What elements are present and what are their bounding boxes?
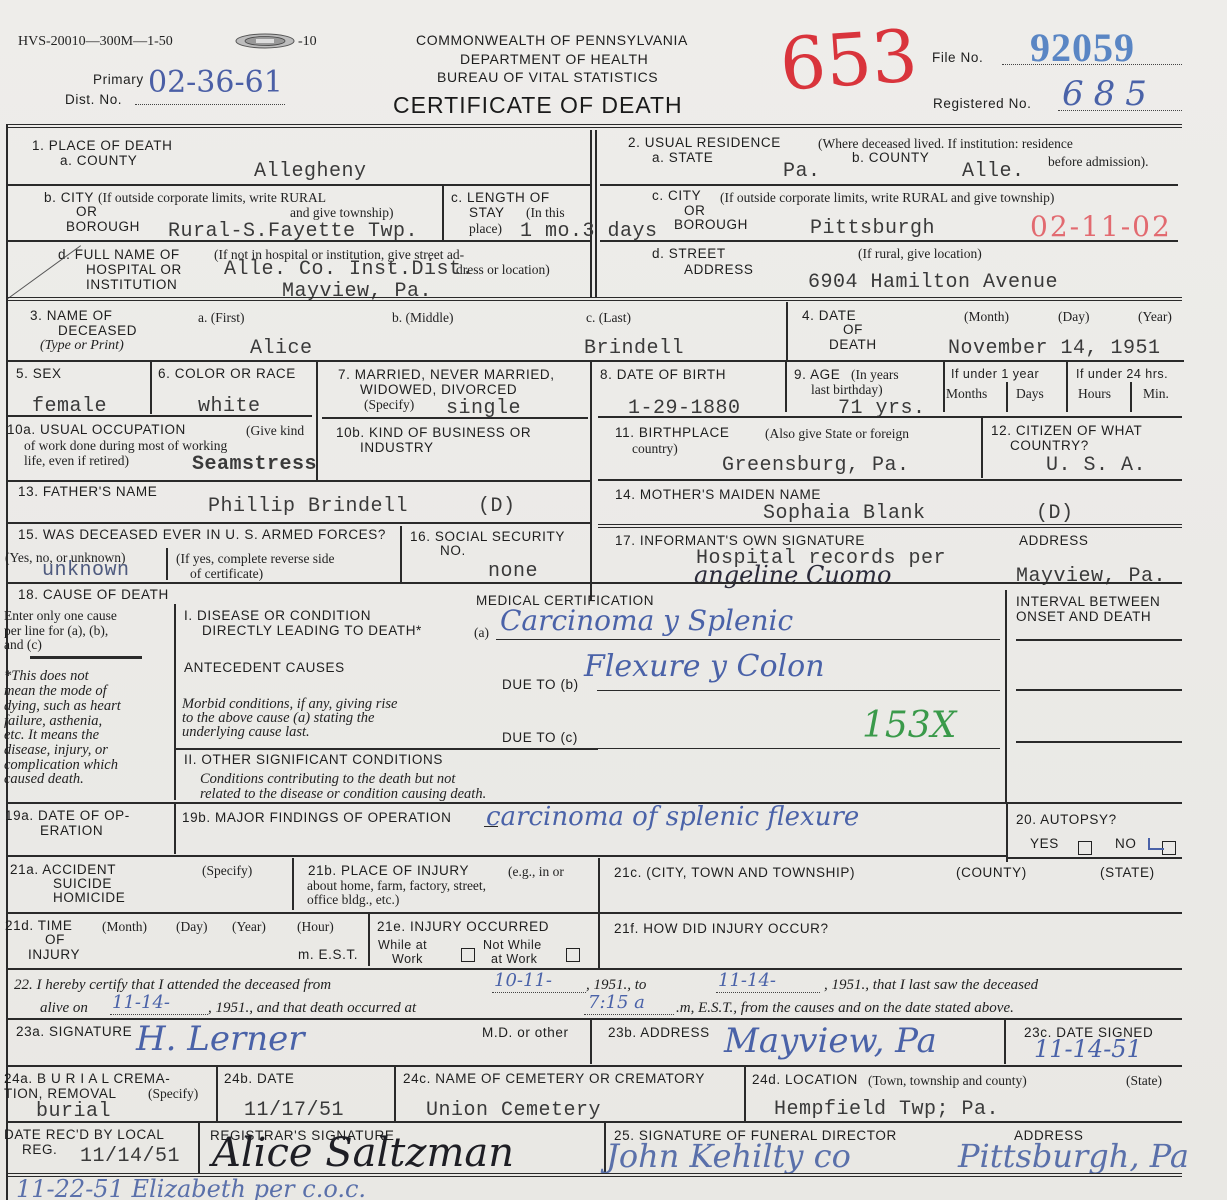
morbid-3: underlying cause last. [182,724,310,740]
res-state-value: Pa. [783,161,821,183]
accident-label-3: HOMICIDE [53,890,125,905]
rule [6,1065,1182,1067]
under1-label: If under 1 year [951,367,1039,381]
line-a-label: (a) [474,625,489,640]
birthplace-label-1: 11. BIRTHPLACE [615,425,729,440]
informant-label: 17. INFORMANT'S OWN SIGNATURE [615,533,865,548]
rule [1016,639,1182,641]
county-injury-label: (COUNTY) [956,865,1027,880]
header-divider [6,124,1182,128]
min-label: Min. [1143,386,1169,401]
time-hour-label: (Hour) [297,919,334,934]
stay-instr-1: (In this [526,205,565,220]
burial-method-label-2: TION, REMOVAL [4,1086,117,1101]
side-note-2: per line for (a), (b), [4,623,108,638]
burial-method-specify: (Specify) [148,1086,198,1101]
hospital-value-1: Alle. Co. Inst.Dist. [224,259,474,281]
mother-status: (D) [1036,503,1074,525]
burial-method-label-1: 24a. B U R I A L CREMA- [4,1071,170,1086]
res-city-or: OR [684,203,705,218]
rule [6,912,1182,914]
physician-address-label: 23b. ADDRESS [608,1025,710,1040]
rule [394,1067,396,1121]
rule [943,362,945,412]
age-label-3: last birthday) [811,382,883,397]
hospital-label-2: HOSPITAL OR [86,262,182,277]
rule [6,415,312,417]
rule [150,362,152,414]
cert-death-time: 7:15 a [588,990,645,1016]
other-label: II. OTHER SIGNIFICANT CONDITIONS [184,752,443,767]
residence-instr-1: (Where deceased lived. If institution: r… [818,136,1073,151]
rule [1006,804,1008,862]
rule [600,240,1178,242]
dod-label-3: DEATH [829,337,877,352]
primary-dist-line [135,104,285,105]
rule [6,1121,1182,1123]
rule [174,604,176,800]
burial-date-value: 11/17/51 [244,1100,344,1122]
at-work-label-1: While at [378,938,427,952]
hospital-label-3: INSTITUTION [86,277,177,292]
date-recd-value: 11/14/51 [80,1146,180,1168]
street-value: 6904 Hamilton Avenue [808,272,1058,294]
res-city-value: Pittsburgh [810,218,935,240]
occupation-value: Seamstress [192,454,317,476]
cause-a-value: Carcinoma y Splenic [500,608,793,634]
dod-label-2: OF [843,322,863,337]
last-name-value: Brindell [584,338,684,360]
file-no-label: File No. [932,50,983,65]
other-italic-1: Conditions contributing to the death but… [200,771,455,787]
cert-line2-b: , 1951., and that death occurred at [208,1000,416,1016]
rule [1006,382,1008,412]
op-date-label-2: ERATION [40,823,103,838]
res-city-instr: (If outside corporate limits, write RURA… [720,190,1054,205]
primary-dist-value: 02-36-61 [148,70,283,96]
autopsy-label: 20. AUTOPSY? [1016,812,1117,827]
stay-instr-2: place) [469,221,502,236]
rule [176,748,598,750]
cert-line1-a: 22. I hereby certify that I attended the… [14,977,331,993]
rule [1004,1020,1006,1064]
not-work-label-1: Not While [483,938,542,952]
op-date-label-1: 19a. DATE OF OP- [5,808,130,823]
time-injury-label-3: INJURY [28,947,80,962]
pod-county-label: a. COUNTY [60,153,137,168]
line-b-label: DUE TO (b) [502,677,579,692]
res-state-label: a. STATE [652,150,713,165]
physician-address: Mayview, Pa [724,1020,937,1062]
under24-label: If under 24 hrs. [1076,367,1168,381]
pod-city-borough: BOROUGH [66,219,140,234]
rule [322,417,588,419]
autopsy-yes-label: YES [1030,836,1059,851]
burial-method-value: burial [36,1101,111,1123]
side-italic-1: *This does not [4,668,89,684]
side-italic-2: mean the mode of [4,683,107,699]
informant-address-label: ADDRESS [1019,533,1088,548]
rule [30,656,142,659]
hours-label: Hours [1078,386,1111,401]
accident-label-1: 21a. ACCIDENT [10,862,116,877]
first-name-value: Alice [250,338,313,360]
bottom-note: 11-22-51 Elizabeth per c.o.c. [16,1176,366,1200]
residence-instr-2: before admission). [1048,154,1148,169]
line-c-label: DUE TO (c) [502,730,578,745]
street-instr: (If rural, give location) [858,246,982,261]
pod-city-label: b. CITY [44,190,94,205]
rule [442,186,444,240]
cert-line1-c: , 1951., that I last saw the deceased [824,977,1038,993]
time-suffix: m. E.S.T. [298,947,358,962]
autopsy-yes-checkbox[interactable] [1078,841,1092,855]
other-italic-2: related to the disease or condition caus… [200,786,486,802]
father-label: 13. FATHER'S NAME [18,484,157,499]
pod-city-instr-2: and give township) [290,205,394,220]
date-signed-value: 11-14-51 [1034,1036,1142,1062]
res-county-label: b. COUNTY [852,150,929,165]
rule [590,1020,592,1064]
first-name-label: a. (First) [198,310,245,325]
not-work-label-2: at Work [491,952,537,966]
rule [198,1123,200,1173]
rule [174,804,176,854]
rule [6,855,1006,857]
rule [400,526,402,582]
sex-label: 5. SEX [16,366,62,381]
business-label-1: 10b. KIND OF BUSINESS OR [336,425,531,440]
rule [6,480,590,482]
pod-county-value: Allegheny [254,161,367,183]
name-label-2: DECEASED [58,323,137,338]
rule [166,548,168,580]
citizen-label-1: 12. CITIZEN OF WHAT [991,423,1142,438]
rule [981,418,983,478]
location-state: (State) [1126,1073,1162,1088]
cert-last-seen: 11-14- [112,990,170,1016]
primary-dist-label-1: Primary [93,72,144,87]
race-label: 6. COLOR OR RACE [158,366,296,381]
rule [590,362,592,600]
antecedent-label: ANTECEDENT CAUSES [184,660,345,675]
father-value: Phillip Brindell [208,496,408,518]
marital-label-1: 7. MARRIED, NEVER MARRIED, [338,367,555,382]
findings-value: carcinoma of splenic flexure [486,804,859,830]
middle-name-label: b. (Middle) [392,310,454,325]
birthplace-label-3: country) [632,441,678,456]
cemetery-label: 24c. NAME OF CEMETERY OR CREMATORY [403,1071,705,1086]
rule [785,362,787,412]
dod-label-1: 4. DATE [802,308,856,323]
armed-instr-3: of certificate) [190,566,263,581]
interval-label-1: INTERVAL BETWEEN [1016,594,1160,609]
rule [598,524,1182,528]
location-value: Hempfield Twp; Pa. [774,1099,999,1121]
cert-line2-c: .m, E.S.T., from the causes and on the d… [676,1000,1014,1016]
accident-label-2: SUICIDE [53,876,112,891]
ssn-label-2: NO. [440,543,466,558]
mother-label: 14. MOTHER'S MAIDEN NAME [615,487,821,502]
rule [216,1067,218,1121]
funeral-director-signature: John Kehilty co [606,1136,851,1176]
mother-value: Sophaia Blank [763,503,926,525]
residence-label: 2. USUAL RESIDENCE [628,135,781,150]
place-injury-label-1: 21b. PLACE OF INJURY [308,863,469,878]
registered-no-label: Registered No. [933,96,1031,111]
red-annotation: 653 [777,15,920,104]
rule [597,748,1000,749]
street-label-2: ADDRESS [684,262,753,277]
not-work-checkbox[interactable] [566,948,580,962]
age-label-2: (In years [851,367,899,382]
agency-line-1: COMMONWEALTH OF PENNSYLVANIA [416,33,688,48]
at-work-label-2: Work [392,952,423,966]
city-injury-label: 21c. (CITY, TOWN AND TOWNSHIP) [614,865,855,880]
dod-month-label: (Month) [964,309,1009,324]
informant-signature: angeline Cuomo [694,562,891,588]
armed-value: unknown [42,560,130,582]
death-certificate: HVS-20010—300M—1-50 -10 COMMONWEALTH OF … [0,0,1227,1200]
rule [496,639,1000,640]
rule [6,184,590,186]
place-injury-label-4: office bldg., etc.) [307,892,399,907]
informant-address: Mayview, Pa. [1016,566,1166,588]
ssn-label-1: 16. SOCIAL SECURITY [410,529,565,544]
birthplace-value: Greensburg, Pa. [722,455,910,477]
occurred-label: 21e. INJURY OCCURRED [377,919,549,934]
red-code: 02-11-02 [1030,210,1172,243]
side-italic-3: dying, such as heart [4,698,121,714]
armed-instr-2: (If yes, complete reverse side [176,551,335,566]
location-label: 24d. LOCATION [752,1072,858,1087]
green-code: 153X [862,706,956,746]
form-code: HVS-20010—300M—1-50 [18,34,173,49]
physician-sig-label: 23a. SIGNATURE [16,1024,132,1039]
pencil-stroke [8,245,82,299]
street-label-1: d. STREET [652,246,726,261]
location-instr: (Town, township and county) [868,1073,1027,1088]
stay-label-1: c. LENGTH OF [451,190,550,205]
rule [368,914,370,966]
rule [1130,382,1132,412]
agency-line-2: DEPARTMENT OF HEALTH [460,52,648,67]
dod-value: November 14, 1951 [948,338,1161,360]
time-year-label: (Year) [232,919,266,934]
months-label: Months [946,386,987,401]
agency-line-3: BUREAU OF VITAL STATISTICS [437,70,658,85]
autopsy-no-checkmark-icon [1148,838,1164,850]
citizen-label-2: COUNTRY? [1010,438,1089,453]
rule [786,302,788,360]
marital-label-3: (Specify) [364,397,414,412]
rule [6,240,590,242]
autopsy-no-checkbox[interactable] [1162,841,1176,855]
age-label-1: 9. AGE [794,367,840,382]
rule [1066,362,1068,412]
rule [6,297,1182,301]
direct-label-2: DIRECTLY LEADING TO DEATH* [202,623,422,638]
date-recd-label-1: DATE REC'D BY LOCAL [4,1127,165,1142]
interval-label-2: ONSET AND DEATH [1016,609,1151,624]
how-injury-label: 21f. HOW DID INJURY OCCUR? [614,921,829,936]
rule [598,416,1182,418]
res-city-borough: BOROUGH [674,217,748,232]
ssn-value: none [488,561,538,583]
stay-label-2: STAY [469,205,505,220]
primary-dist-label-2: Dist. No. [65,92,122,107]
seal-icon [234,33,296,49]
name-label-1: 3. NAME OF [30,308,113,323]
occupation-label-4: life, even if retired) [24,453,129,468]
time-injury-label-2: OF [45,932,65,947]
rule [1016,741,1182,743]
cert-line2-a: alive on [40,1000,88,1016]
side-note-3: and (c) [4,637,42,652]
registrar-signature: Alice Saltzman [212,1130,514,1176]
pod-city-or: OR [76,204,97,219]
dod-year-label: (Year) [1138,309,1172,324]
rule [598,479,1182,481]
dob-label: 8. DATE OF BIRTH [600,367,726,382]
autopsy-no-label: NO [1115,836,1136,851]
time-month-label: (Month) [102,919,147,934]
rule [600,184,1178,186]
time-injury-label-1: 21d. TIME [5,918,72,933]
dod-day-label: (Day) [1058,309,1089,324]
state-injury-label: (STATE) [1100,865,1155,880]
rule [1016,689,1182,691]
days-label: Days [1016,386,1044,401]
accident-specify: (Specify) [202,863,252,878]
place-injury-label-2: (e.g., in or [508,864,564,879]
rule [1006,857,1182,859]
res-county-value: Alle. [962,161,1025,183]
cert-to-date: 11-14- [718,968,776,994]
sec1-divider-a [590,130,592,298]
cause-label: 18. CAUSE OF DEATH [18,587,169,602]
side-italic-5: etc. It means the [4,727,99,743]
rule [744,1067,746,1121]
rule [597,690,1000,691]
sec1-divider-b [595,130,597,298]
business-label-2: INDUSTRY [360,440,434,455]
page-title: CERTIFICATE OF DEATH [393,92,683,119]
md-label: M.D. or other [482,1025,569,1040]
side-italic-8: caused death. [4,771,84,787]
registered-no-value: 685 [1062,76,1157,112]
occupation-label-1: 10a. USUAL OCCUPATION [7,422,186,437]
findings-label: 19b. MAJOR FINDINGS OF OPERATION [182,810,451,825]
rule [6,968,1182,970]
at-work-checkbox[interactable] [461,948,475,962]
cert-from-date: 10-11- [494,968,552,994]
rule [6,522,590,524]
occupation-label-2: (Give kind [246,423,304,438]
citizen-value: U. S. A. [1046,455,1146,477]
side-note-1: Enter only one cause [4,608,117,623]
rule [6,582,1182,584]
date-recd-label-2: REG. [22,1142,57,1157]
rule [1005,590,1007,802]
armed-label: 15. WAS DECEASED EVER IN U. S. ARMED FOR… [18,527,386,542]
birthplace-label-2: (Also give State or foreign [765,426,909,441]
place-injury-label-3: about home, farm, factory, street, [307,878,486,893]
rule [6,360,1184,362]
name-label-3: (Type or Print) [40,338,124,354]
file-no-value: 92059 [1030,24,1135,71]
last-name-label: c. (Last) [586,310,631,325]
res-city-label: c. CITY [652,188,701,203]
occupation-label-3: of work done during most of working [24,438,227,453]
seal-suffix: -10 [298,34,317,49]
time-day-label: (Day) [176,919,207,934]
place-of-death-label: 1. PLACE OF DEATH [32,138,172,153]
left-border [6,125,8,1200]
burial-date-label: 24b. DATE [224,1071,294,1086]
cemetery-value: Union Cemetery [426,1100,601,1122]
direct-label-1: I. DISEASE OR CONDITION [184,608,371,623]
side-italic-6: disease, injury, or [4,742,108,758]
pod-city-instr-1: (If outside corporate limits, write RURA… [98,190,326,205]
rule [292,858,294,910]
father-status: (D) [478,496,516,518]
funeral-address: Pittsburgh, Pa [958,1136,1189,1176]
cause-b-value: Flexure y Colon [584,654,825,680]
marital-label-2: WIDOWED, DIVORCED [360,382,517,397]
physician-signature: H. Lerner [136,1018,305,1060]
